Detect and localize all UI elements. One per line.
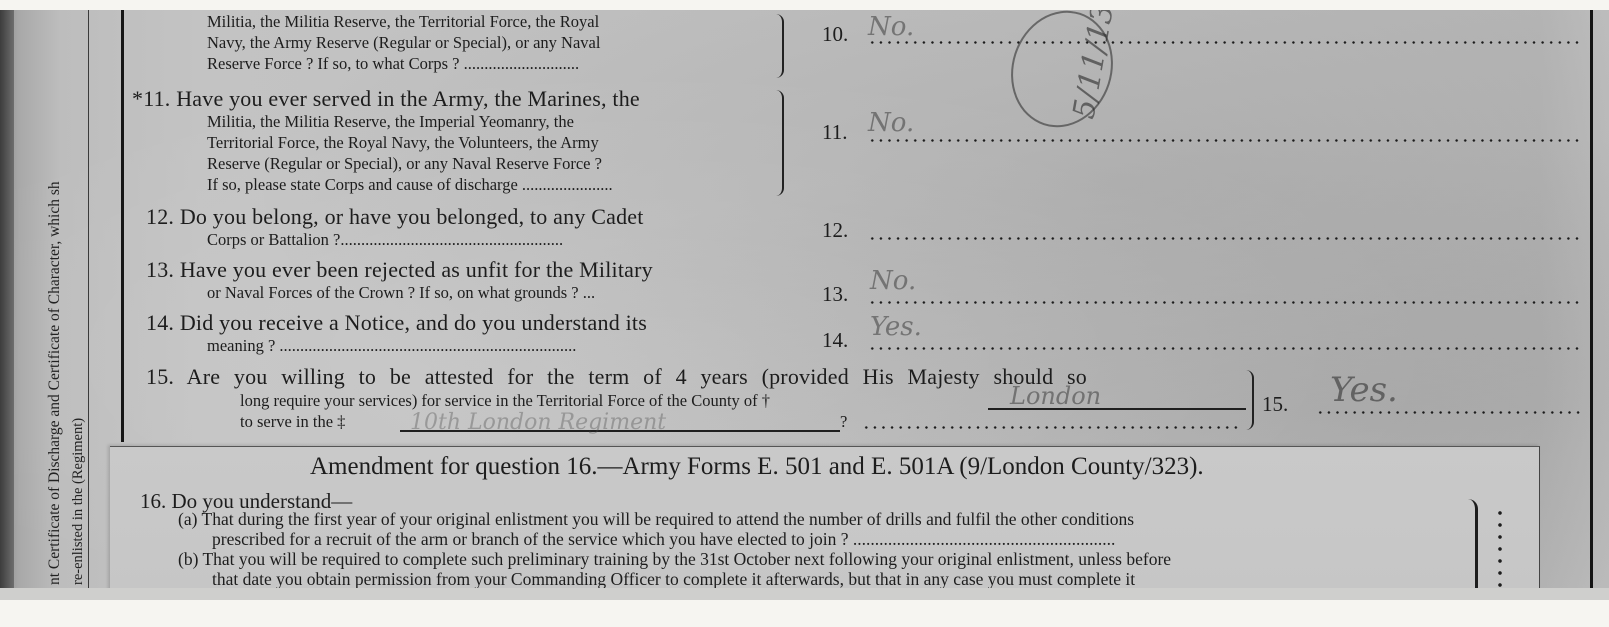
q12-heading: 12. Do you belong, or have you belonged,… <box>146 204 644 230</box>
q15-question-mark: ? <box>840 412 847 432</box>
q14-line-1: Did you receive a Notice, and do you und… <box>180 310 647 335</box>
answer-10-value: No. <box>868 12 914 42</box>
q12-number: 12. <box>146 204 174 230</box>
q10-line-2: Navy, the Army Reserve (Regular or Speci… <box>207 33 600 53</box>
q15-line-1: Are you willing to be attested for the t… <box>187 364 1087 389</box>
q12-line-1: Do you belong, or have you belonged, to … <box>180 204 644 229</box>
q12-line-2: Corps or Battalion ?....................… <box>207 230 563 250</box>
answer-15-value: Yes. <box>1330 370 1398 410</box>
q11-line-4: Reserve (Regular or Special), or any Nav… <box>207 154 602 174</box>
q13-line-1: Have you ever been rejected as unfit for… <box>180 257 653 282</box>
amendment-item-a-label: (a) <box>178 509 197 529</box>
amendment-item-b-text-1: That you will be required to complete su… <box>202 549 1171 569</box>
q10-line-1: Militia, the Militia Reserve, the Territ… <box>207 12 599 32</box>
q15-brace <box>1246 370 1254 430</box>
amendment-slip: Amendment for question 16.—Army Forms E.… <box>110 446 1540 588</box>
answer-13-line[interactable] <box>868 301 1580 304</box>
answer-14-line[interactable] <box>868 347 1580 350</box>
amendment-brace <box>1468 499 1478 588</box>
margin-rule <box>88 10 89 588</box>
answer-12-line[interactable] <box>868 237 1580 240</box>
unit-handwritten: 10th London Regiment <box>410 410 666 435</box>
answer-10-number: 10. <box>822 22 848 47</box>
q14-number: 14. <box>146 310 174 336</box>
q15-number: 15. <box>146 364 174 390</box>
amendment-item-a-line-1: (a) That during the first year of your o… <box>178 509 1134 530</box>
amendment-item-b-label: (b) <box>178 549 198 569</box>
q11-line-1: Have you ever served in the Army, the Ma… <box>176 86 640 111</box>
q15-heading: 15. Are you willing to be attested for t… <box>146 364 1087 390</box>
answer-14-value: Yes. <box>870 312 922 342</box>
answer-13-number: 13. <box>822 282 848 307</box>
margin-vertical-text-1: nt Certificate of Discharge and Certific… <box>46 181 64 585</box>
answer-12-number: 12. <box>822 218 848 243</box>
amendment-item-a-text-1: That during the first year of your origi… <box>202 509 1135 529</box>
amendment-item-b-line-1: (b) That you will be required to complet… <box>178 549 1171 570</box>
q11-line-3: Territorial Force, the Royal Navy, the V… <box>207 133 599 153</box>
q13-line-2: or Naval Forces of the Crown ? If so, on… <box>207 283 595 303</box>
q15-line-3: to serve in the ‡ <box>240 412 345 432</box>
document-viewer: nt Certificate of Discharge and Certific… <box>0 10 1609 588</box>
q14-heading: 14. Did you receive a Notice, and do you… <box>146 310 647 336</box>
q13-heading: 13. Have you ever been rejected as unfit… <box>146 257 653 283</box>
q11-line-2: Militia, the Militia Reserve, the Imperi… <box>207 112 574 132</box>
answer-13-value: No. <box>870 266 916 296</box>
amendment-item-a-line-2: prescribed for a recruit of the arm or b… <box>212 529 1115 550</box>
q13-number: 13. <box>146 257 174 283</box>
answer-11-value: No. <box>868 108 914 138</box>
amendment-q16-number: 16. <box>140 489 166 513</box>
q14-line-2: meaning ? ..............................… <box>207 336 576 356</box>
answer-11-number: 11. <box>822 120 847 145</box>
q15-inline-dotted-line <box>862 426 1242 429</box>
q11-number: *11. <box>132 86 170 112</box>
amendment-item-b-line-2: that date you obtain permission from you… <box>212 569 1135 588</box>
viewer-scrollbar-track[interactable] <box>0 588 1609 600</box>
page-binding-edge <box>0 10 14 588</box>
answer-11-line[interactable] <box>868 139 1580 142</box>
answer-14-number: 14. <box>822 328 848 353</box>
amendment-answer-dots[interactable] <box>1498 507 1502 588</box>
viewer-footer <box>0 600 1609 627</box>
form-left-rule <box>121 10 124 442</box>
q11-heading: *11. Have you ever served in the Army, t… <box>132 86 640 112</box>
q11-brace <box>776 90 784 196</box>
q11-line-5: If so, please state Corps and cause of d… <box>207 175 613 195</box>
q15-line-2: long require your services) for service … <box>240 391 770 411</box>
form-right-rule <box>1590 10 1593 588</box>
answer-10-line[interactable] <box>868 41 1580 44</box>
amendment-title: Amendment for question 16.—Army Forms E.… <box>310 453 1204 481</box>
county-handwritten: London <box>1010 382 1101 410</box>
answer-15-line[interactable] <box>1316 411 1580 414</box>
answer-15-number: 15. <box>1262 392 1288 417</box>
q10-line-3: Reserve Force ? If so, to what Corps ? .… <box>207 54 579 74</box>
margin-vertical-text-2: re-enlisted in the (Regiment) <box>70 418 87 585</box>
q10-brace <box>776 14 784 78</box>
